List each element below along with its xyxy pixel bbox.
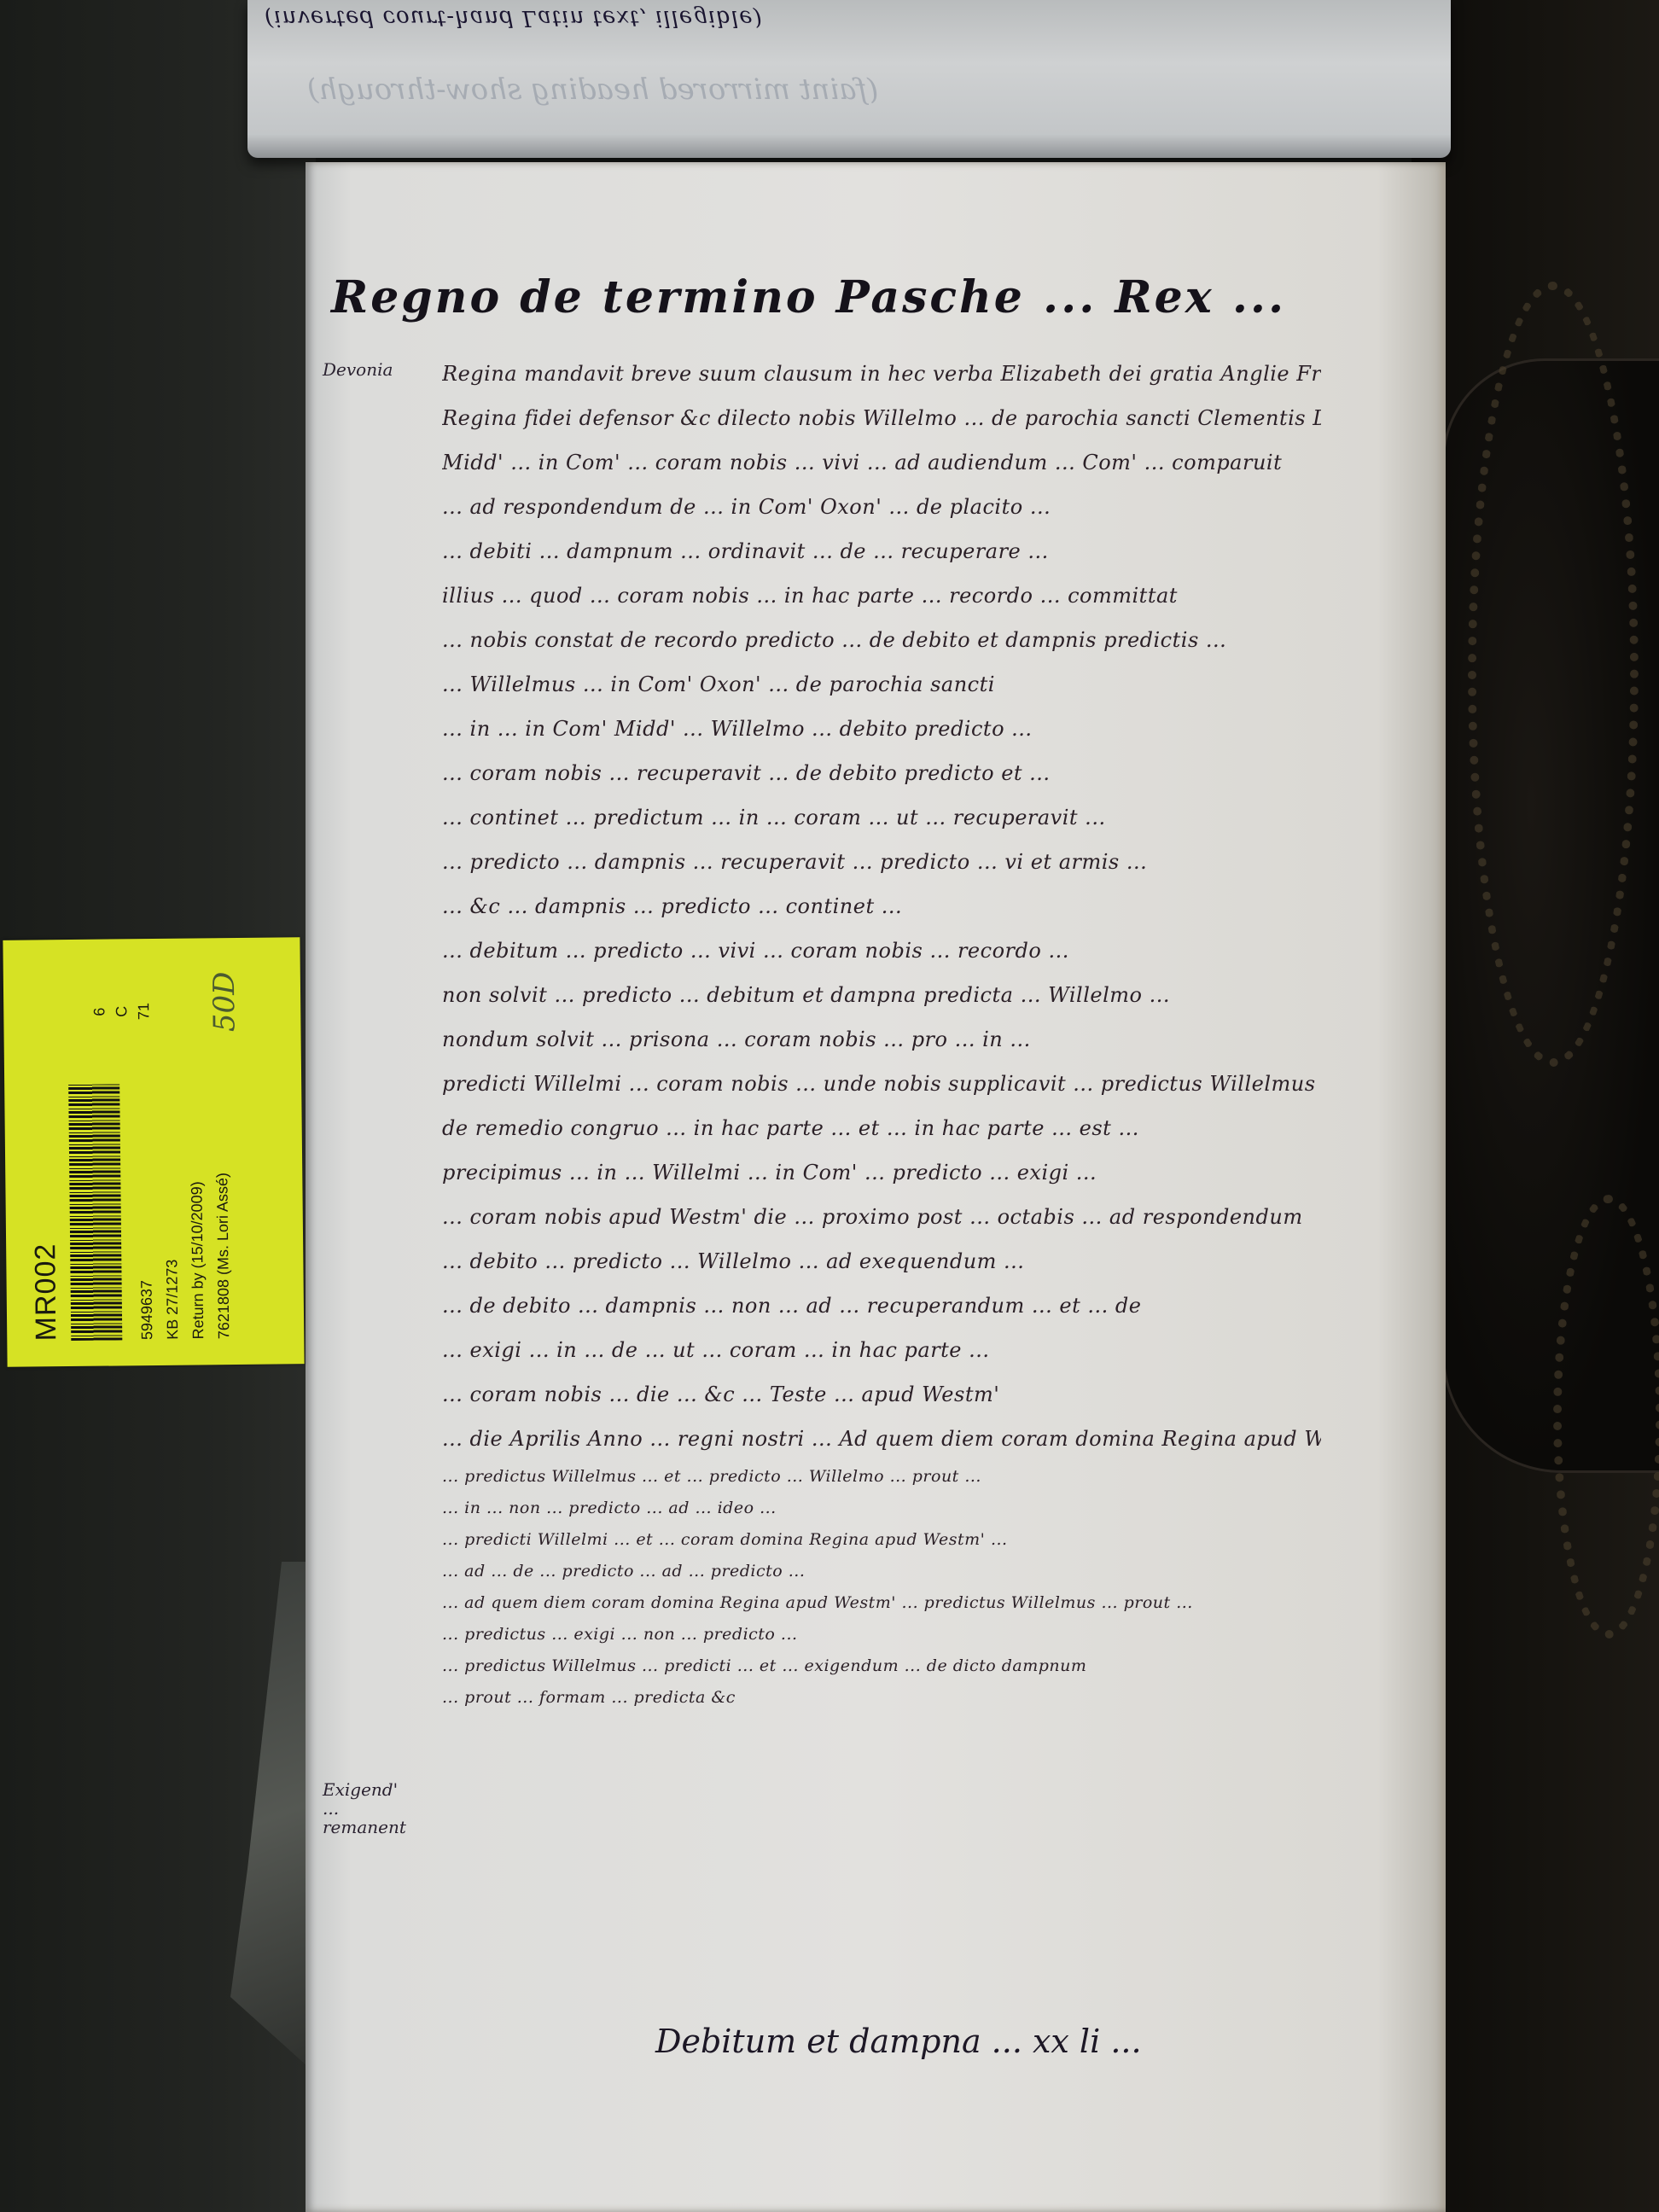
document-reference: KB 27/1273 <box>158 1173 185 1340</box>
text-line: Midd' ... in Com' ... coram nobis ... vi… <box>442 440 1321 485</box>
text-line: ... ad ... de ... predicto ... ad ... pr… <box>442 1556 1321 1587</box>
text-line: ... exigi ... in ... de ... ut ... coram… <box>442 1328 1321 1372</box>
archive-label: MR002 5949637 KB 27/1273 Return by (15/1… <box>3 937 304 1367</box>
text-line: ... debito ... predicto ... Willelmo ...… <box>442 1239 1321 1284</box>
text-line: Regina fidei defensor &c dilecto nobis W… <box>442 396 1321 440</box>
margin-note-county: Devonia <box>323 360 393 379</box>
return-by-date: Return by (15/10/2009) <box>183 1173 211 1339</box>
inverted-text: (inverted court-hand Latin text, illegib… <box>265 5 1434 31</box>
text-line: nondum solvit ... prisona ... coram nobi… <box>442 1017 1321 1062</box>
text-line: ... continet ... predictum ... in ... co… <box>442 795 1321 840</box>
show-through-text: (faint mirrored heading show-through) <box>307 73 878 107</box>
text-line: ... predictus ... exigi ... non ... pred… <box>442 1619 1321 1650</box>
location-code-1: 6 <box>88 1003 110 1020</box>
text-line: predicti Willelmi ... coram nobis ... un… <box>442 1062 1321 1106</box>
text-line: ... predictus Willelmus ... predicti ...… <box>442 1650 1321 1682</box>
handwritten-note: 50D <box>207 971 242 1032</box>
text-line: ... debitum ... predicto ... vivi ... co… <box>442 928 1321 973</box>
location-code-2: C <box>110 1003 132 1020</box>
text-line: ... nobis constat de recordo predicto ..… <box>442 618 1321 662</box>
text-line: ... coram nobis ... recuperavit ... de d… <box>442 751 1321 795</box>
text-line: non solvit ... predicto ... debitum et d… <box>442 973 1321 1017</box>
location-code-3: 71 <box>132 1003 154 1020</box>
text-line: ... ad respondendum de ... in Com' Oxon'… <box>442 485 1321 529</box>
text-line: ... coram nobis ... die ... &c ... Teste… <box>442 1372 1321 1417</box>
text-line: ... die Aprilis Anno ... regni nostri ..… <box>442 1417 1321 1461</box>
plea-text: Regina mandavit breve suum clausum in he… <box>442 352 1321 1714</box>
binding-cord-lower <box>1553 1195 1659 1639</box>
closing-signature: Debitum et dampna ... xx li ... <box>655 2023 1142 2060</box>
text-line: ... predicto ... dampnis ... recuperavit… <box>442 840 1321 884</box>
barcode-icon <box>68 1084 122 1341</box>
text-line: ... in ... in Com' Midd' ... Willelmo ..… <box>442 707 1321 751</box>
text-line: illius ... quod ... coram nobis ... in h… <box>442 573 1321 618</box>
text-line: ... coram nobis apud Westm' die ... prox… <box>442 1195 1321 1239</box>
text-line: ... predictus Willelmus ... et ... predi… <box>442 1461 1321 1493</box>
text-line: ... Willelmus ... in Com' Oxon' ... de p… <box>442 662 1321 707</box>
text-line: ... predicti Willelmi ... et ... coram d… <box>442 1524 1321 1556</box>
margin-note-exigent: Exigend' ... remanent <box>323 1780 399 1837</box>
text-line: ... de debito ... dampnis ... non ... ad… <box>442 1284 1321 1328</box>
text-line: de remedio congruo ... in hac parte ... … <box>442 1106 1321 1150</box>
text-line: Regina mandavit breve suum clausum in he… <box>442 352 1321 396</box>
text-line: ... ad quem diem coram domina Regina apu… <box>442 1587 1321 1619</box>
text-line: ... &c ... dampnis ... predicto ... cont… <box>442 884 1321 928</box>
reader-id: 7621808 (Ms. Lori Assé) <box>209 1173 236 1339</box>
text-line: ... prout ... formam ... predicta &c <box>442 1682 1321 1714</box>
item-id: 5949637 <box>132 1173 160 1340</box>
roll-heading: Regno de termino Pasche ... Rex ... <box>331 271 1286 323</box>
text-line: precipimus ... in ... Willelmi ... in Co… <box>442 1150 1321 1195</box>
rolled-top-membrane: (inverted court-hand Latin text, illegib… <box>247 0 1451 158</box>
text-line: ... in ... non ... predicto ... ad ... i… <box>442 1493 1321 1524</box>
parchment-membrane: Regno de termino Pasche ... Rex ... Devo… <box>306 162 1446 2212</box>
binding-cord <box>1468 282 1639 1067</box>
repository-code: MR002 <box>29 1243 63 1342</box>
text-line: ... debiti ... dampnum ... ordinavit ...… <box>442 529 1321 573</box>
